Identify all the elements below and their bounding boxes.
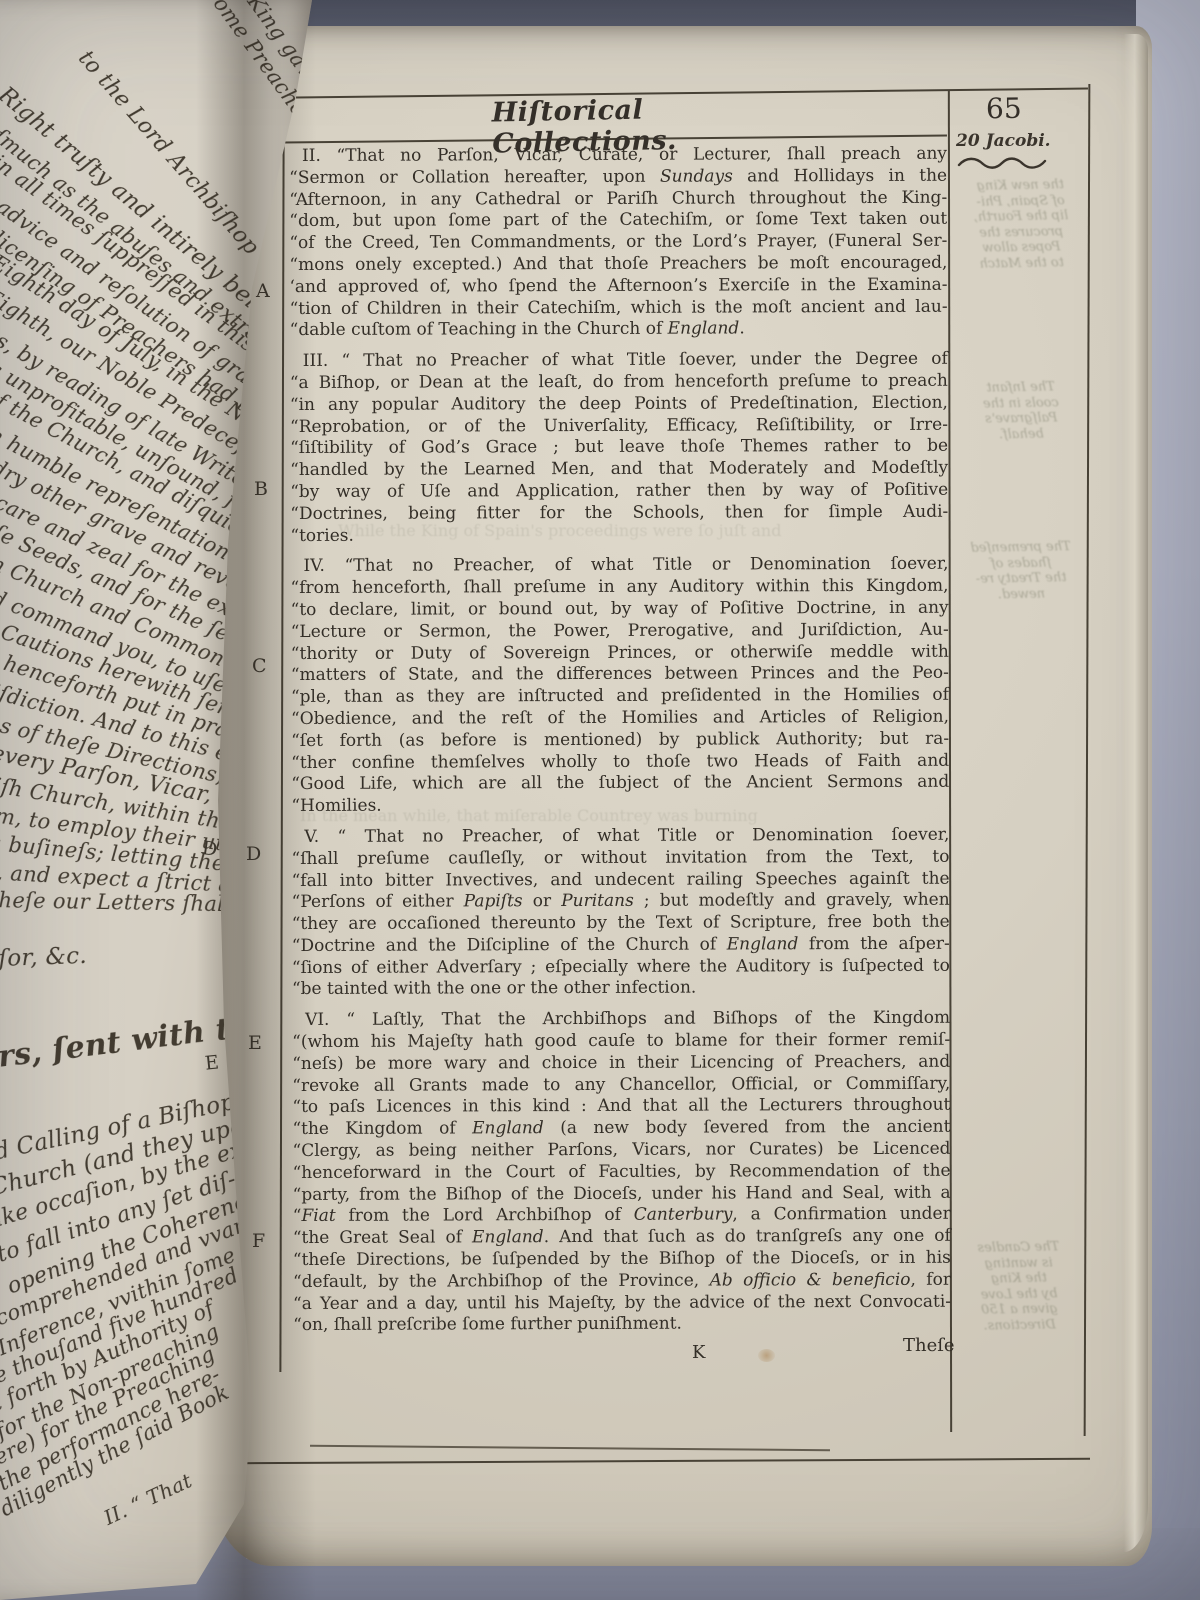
text-line: “Clergy, as being neither Parſons, Vicar… [292,1139,950,1163]
left-margin-letter-e: E [204,1051,220,1074]
text-line: “dable cuſtom of Teaching in the Church … [290,318,948,342]
text-line: “on, ſhall preſcribe ſome further puniſh… [293,1313,951,1337]
text-line: “Sermon or Collation hereafter, upon Sun… [289,165,947,189]
text-line: “ſhall preſume cauſleſly, or without inv… [291,846,949,870]
text-line: “matters of State, and the differences b… [291,663,949,687]
text-line: “a Year and a day, until his Majeſty, by… [293,1291,951,1315]
text-line: “party, from the Biſhop of the Dioceſs, … [293,1182,951,1206]
text-line: ‘and approved of, who ſpend the Afternoo… [289,274,947,298]
text-line: “of the Creed, Ten Commandments, or the … [289,231,947,255]
margin-letter-d: D [246,843,261,865]
text-column: II. “That no Parſon, Vicar, Curate, or L… [289,144,951,1338]
text-line: “(whom his Majeſty hath good cauſe to bl… [292,1030,950,1054]
text-line: “tion of Children in their Catechiſm, wh… [290,296,948,320]
bleed-through-line: In the mean while, that miſerable Countr… [300,806,758,825]
text-line: “ſiſtibility of God’s Grace ; but leave … [290,436,948,460]
text-line: “Fiat from the Lord Archbiſhop of Canter… [293,1204,951,1228]
text-line: “to paſs Licences in this kind : And tha… [292,1095,950,1119]
text-line: “the Kingdom of England (a new body ſeve… [292,1117,950,1141]
stain [758,1349,775,1362]
bleed-through-line: While the King of Spain's proceedings we… [338,521,781,540]
paragraph-IV: IV. “That no Preacher, of what Title or … [290,554,949,818]
text-line: “Obedience, and the reſt of the Homilies… [291,707,949,731]
text-line: II. “That no Parſon, Vicar, Curate, or L… [289,144,947,168]
paragraph-V: V. “ That no Preacher, of what Title or … [291,825,950,1002]
page-fore-edge [1124,34,1148,1552]
margin-letter-f: F [252,1230,265,1252]
text-line: “by way of Uſe and Application, rather t… [290,480,948,504]
text-line: “ſet forth (as before is mentioned) by p… [291,728,949,752]
text-line: “Afternoon, in any Cathedral or Pariſh C… [289,187,947,211]
bleed-through-note: the new Kingof Spain, Phi-lip the Fourth… [959,177,1083,272]
text-line: “mons onely excepted.) And that thoſe Pr… [289,253,947,277]
text-line: “thority or Duty of Sovereign Princes, o… [291,641,949,665]
text-line: “be tainted with the one or the other in… [292,977,950,1001]
book-photo: Hiſtorical Collections. 65 20 Jacobi. A … [0,0,1200,1600]
left-margin-letter-d: D [201,837,219,861]
text-line: III. “ That no Preacher of what Title ſo… [290,349,948,373]
text-line: “Good Life, which are all the ſubject of… [291,772,949,796]
text-line: “from henceforth, ſhall preſume in any A… [291,576,949,600]
text-line: “Doctrine and the Diſcipline of the Chur… [292,934,950,958]
text-line: “ſions of either Adverſary ; eſpecially … [292,955,950,979]
margin-letter-e: E [248,1032,262,1054]
text-line: “a Biſhop, or Dean at the leaſt, do from… [290,371,948,395]
paragraph-VI: VI. “ Laſtly, That the Archbiſhops and B… [292,1008,951,1337]
text-line: “to declare, limit, or bound out, by way… [291,598,949,622]
stain [742,1166,752,1174]
text-line: IV. “That no Preacher, of what Title or … [290,554,948,578]
paragraph-II: II. “That no Parſon, Vicar, Curate, or L… [289,144,948,342]
text-line: “they are occaſioned thereunto by the Te… [292,912,950,936]
text-line: VI. “ Laſtly, That the Archbiſhops and B… [292,1008,950,1032]
text-line: “fall into bitter Invectives, and undece… [292,868,950,892]
text-line: “revoke all Grants made to any Chancello… [292,1073,950,1097]
left-page-text-line: II. “ That [100,1468,196,1530]
bleed-through-note: The premenſedſhades ofthe Treaty re-newe… [959,539,1082,603]
text-line: “neſs) be more wary and choice in their … [292,1052,950,1076]
text-line: “handled by the Learned Men, and that Mo… [290,458,948,482]
margin-date: 20 Jacobi. [956,131,1051,151]
flourish-mark [956,155,1048,171]
page-number: 65 [986,92,1022,126]
text-line: “in any popular Auditory the deep Points… [290,392,948,416]
text-line: “henceforward in the Court of Faculties,… [293,1161,951,1185]
text-line: “Reprobation, or of the Univerſality, Ef… [290,414,948,438]
bleed-through-note: The Candlesis wantingthe Kingby the Love… [957,1239,1081,1334]
text-line: V. “ That no Preacher, of what Title or … [291,825,949,849]
paragraph-III: III. “ That no Preacher of what Title ſo… [290,349,949,547]
left-page-text-line: ſor, &c. [0,943,87,972]
text-line: “Perſons of either Papiſts or Puritans ;… [292,890,950,914]
margin-letter-c: C [252,655,267,677]
signature-mark: K [692,1342,705,1363]
margin-letter-a: A [256,280,270,302]
text-line: “the Great Seal of England. And that ſuc… [293,1226,951,1250]
text-line: “theſe Directions, be ſuſpended by the B… [293,1248,951,1272]
text-line: “ple, than as they are inſtructed and pr… [291,685,949,709]
catchword: Theſe [903,1335,955,1356]
bleed-through-note: The Infantcools in thePalſgrave'sbehalf. [959,379,1082,443]
text-line: “dom, but upon ſome part of the Catechiſ… [289,209,947,233]
margin-letter-b: B [254,478,268,500]
text-line: “ther confine themſelves wholly to thoſe… [291,750,949,774]
text-line: “default, by the Archbiſhop of the Provi… [293,1270,951,1294]
text-line: “Lecture or Sermon, the Power, Prerogati… [291,619,949,643]
